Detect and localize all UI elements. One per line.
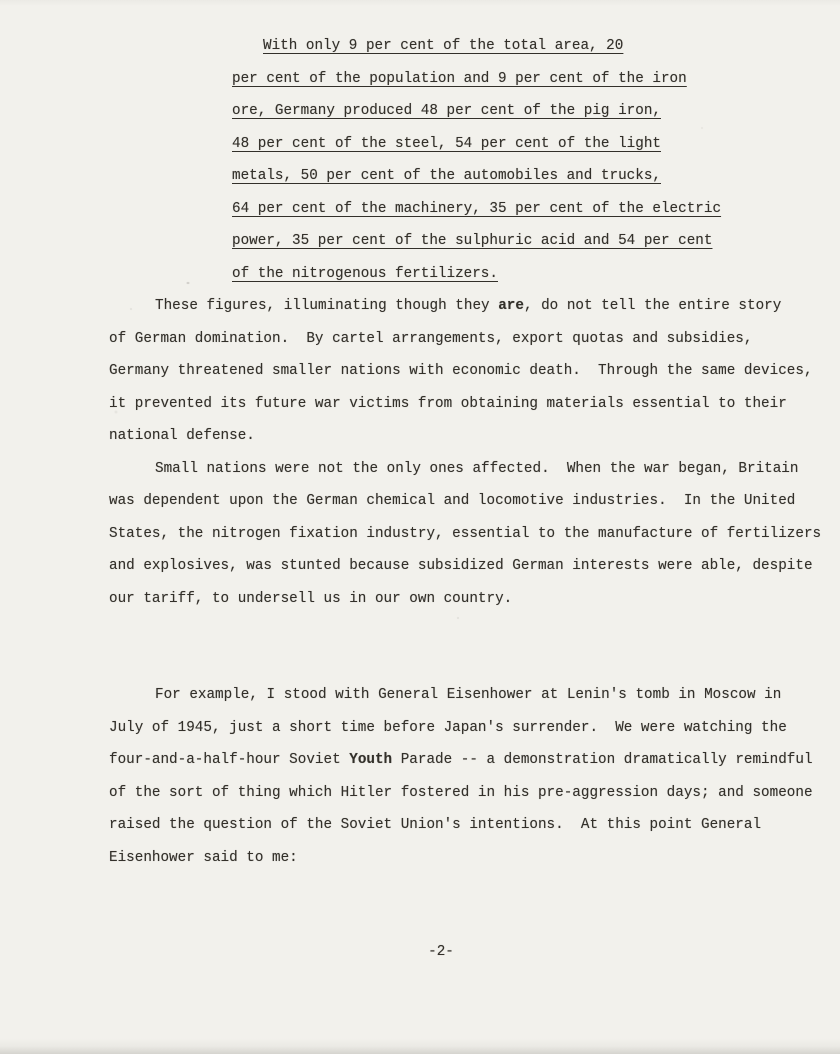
text-segment: These figures, illuminating though they [155,298,498,314]
text-line: national defense. [109,420,825,453]
text-line: Eisenhower said to me: [109,842,825,875]
text-line: was dependent upon the German chemical a… [109,485,825,518]
quote-line: metals, 50 per cent of the automobiles a… [232,160,825,193]
quote-line: power, 35 per cent of the sulphuric acid… [232,225,825,258]
paragraph: For example, I stood with General Eisenh… [109,679,825,874]
paragraph: Small nations were not the only ones aff… [109,453,825,616]
quoted-passage: With only 9 per cent of the total area, … [232,30,825,290]
text-line: four-and-a-half-hour Soviet Youth Parade… [109,744,825,777]
text-line: of the sort of thing which Hitler foster… [109,777,825,810]
text-line: These figures, illuminating though they … [109,290,825,323]
document-page: With only 9 per cent of the total area, … [109,0,825,874]
text-line: it prevented its future war victims from… [109,388,825,421]
text-line: of German domination. By cartel arrangem… [109,323,825,356]
text-line: Germany threatened smaller nations with … [109,355,825,388]
quote-line: With only 9 per cent of the total area, … [232,30,825,63]
quote-line: of the nitrogenous fertilizers. [232,258,825,291]
text-line: For example, I stood with General Eisenh… [109,679,825,712]
text-segment: four-and-a-half-hour Soviet [109,752,349,768]
quote-line: per cent of the population and 9 per cen… [232,63,825,96]
text-line: Small nations were not the only ones aff… [109,453,825,486]
emphasized-word: Youth [349,752,392,768]
text-line: raised the question of the Soviet Union'… [109,809,825,842]
quote-line: 64 per cent of the machinery, 35 per cen… [232,193,825,226]
quote-line: ore, Germany produced 48 per cent of the… [232,95,825,128]
text-segment: Parade -- a demonstration dramatically r… [392,752,812,768]
paragraph: These figures, illuminating though they … [109,290,825,453]
text-line: July of 1945, just a short time before J… [109,712,825,745]
emphasized-word: are [498,298,524,314]
quote-line: 48 per cent of the steel, 54 per cent of… [232,128,825,161]
page-number: -2- [21,944,840,960]
text-line: States, the nitrogen fixation industry, … [109,518,825,551]
text-segment: , do not tell the entire story [524,298,781,314]
text-line: our tariff, to undersell us in our own c… [109,583,825,616]
text-line: and explosives, was stunted because subs… [109,550,825,583]
